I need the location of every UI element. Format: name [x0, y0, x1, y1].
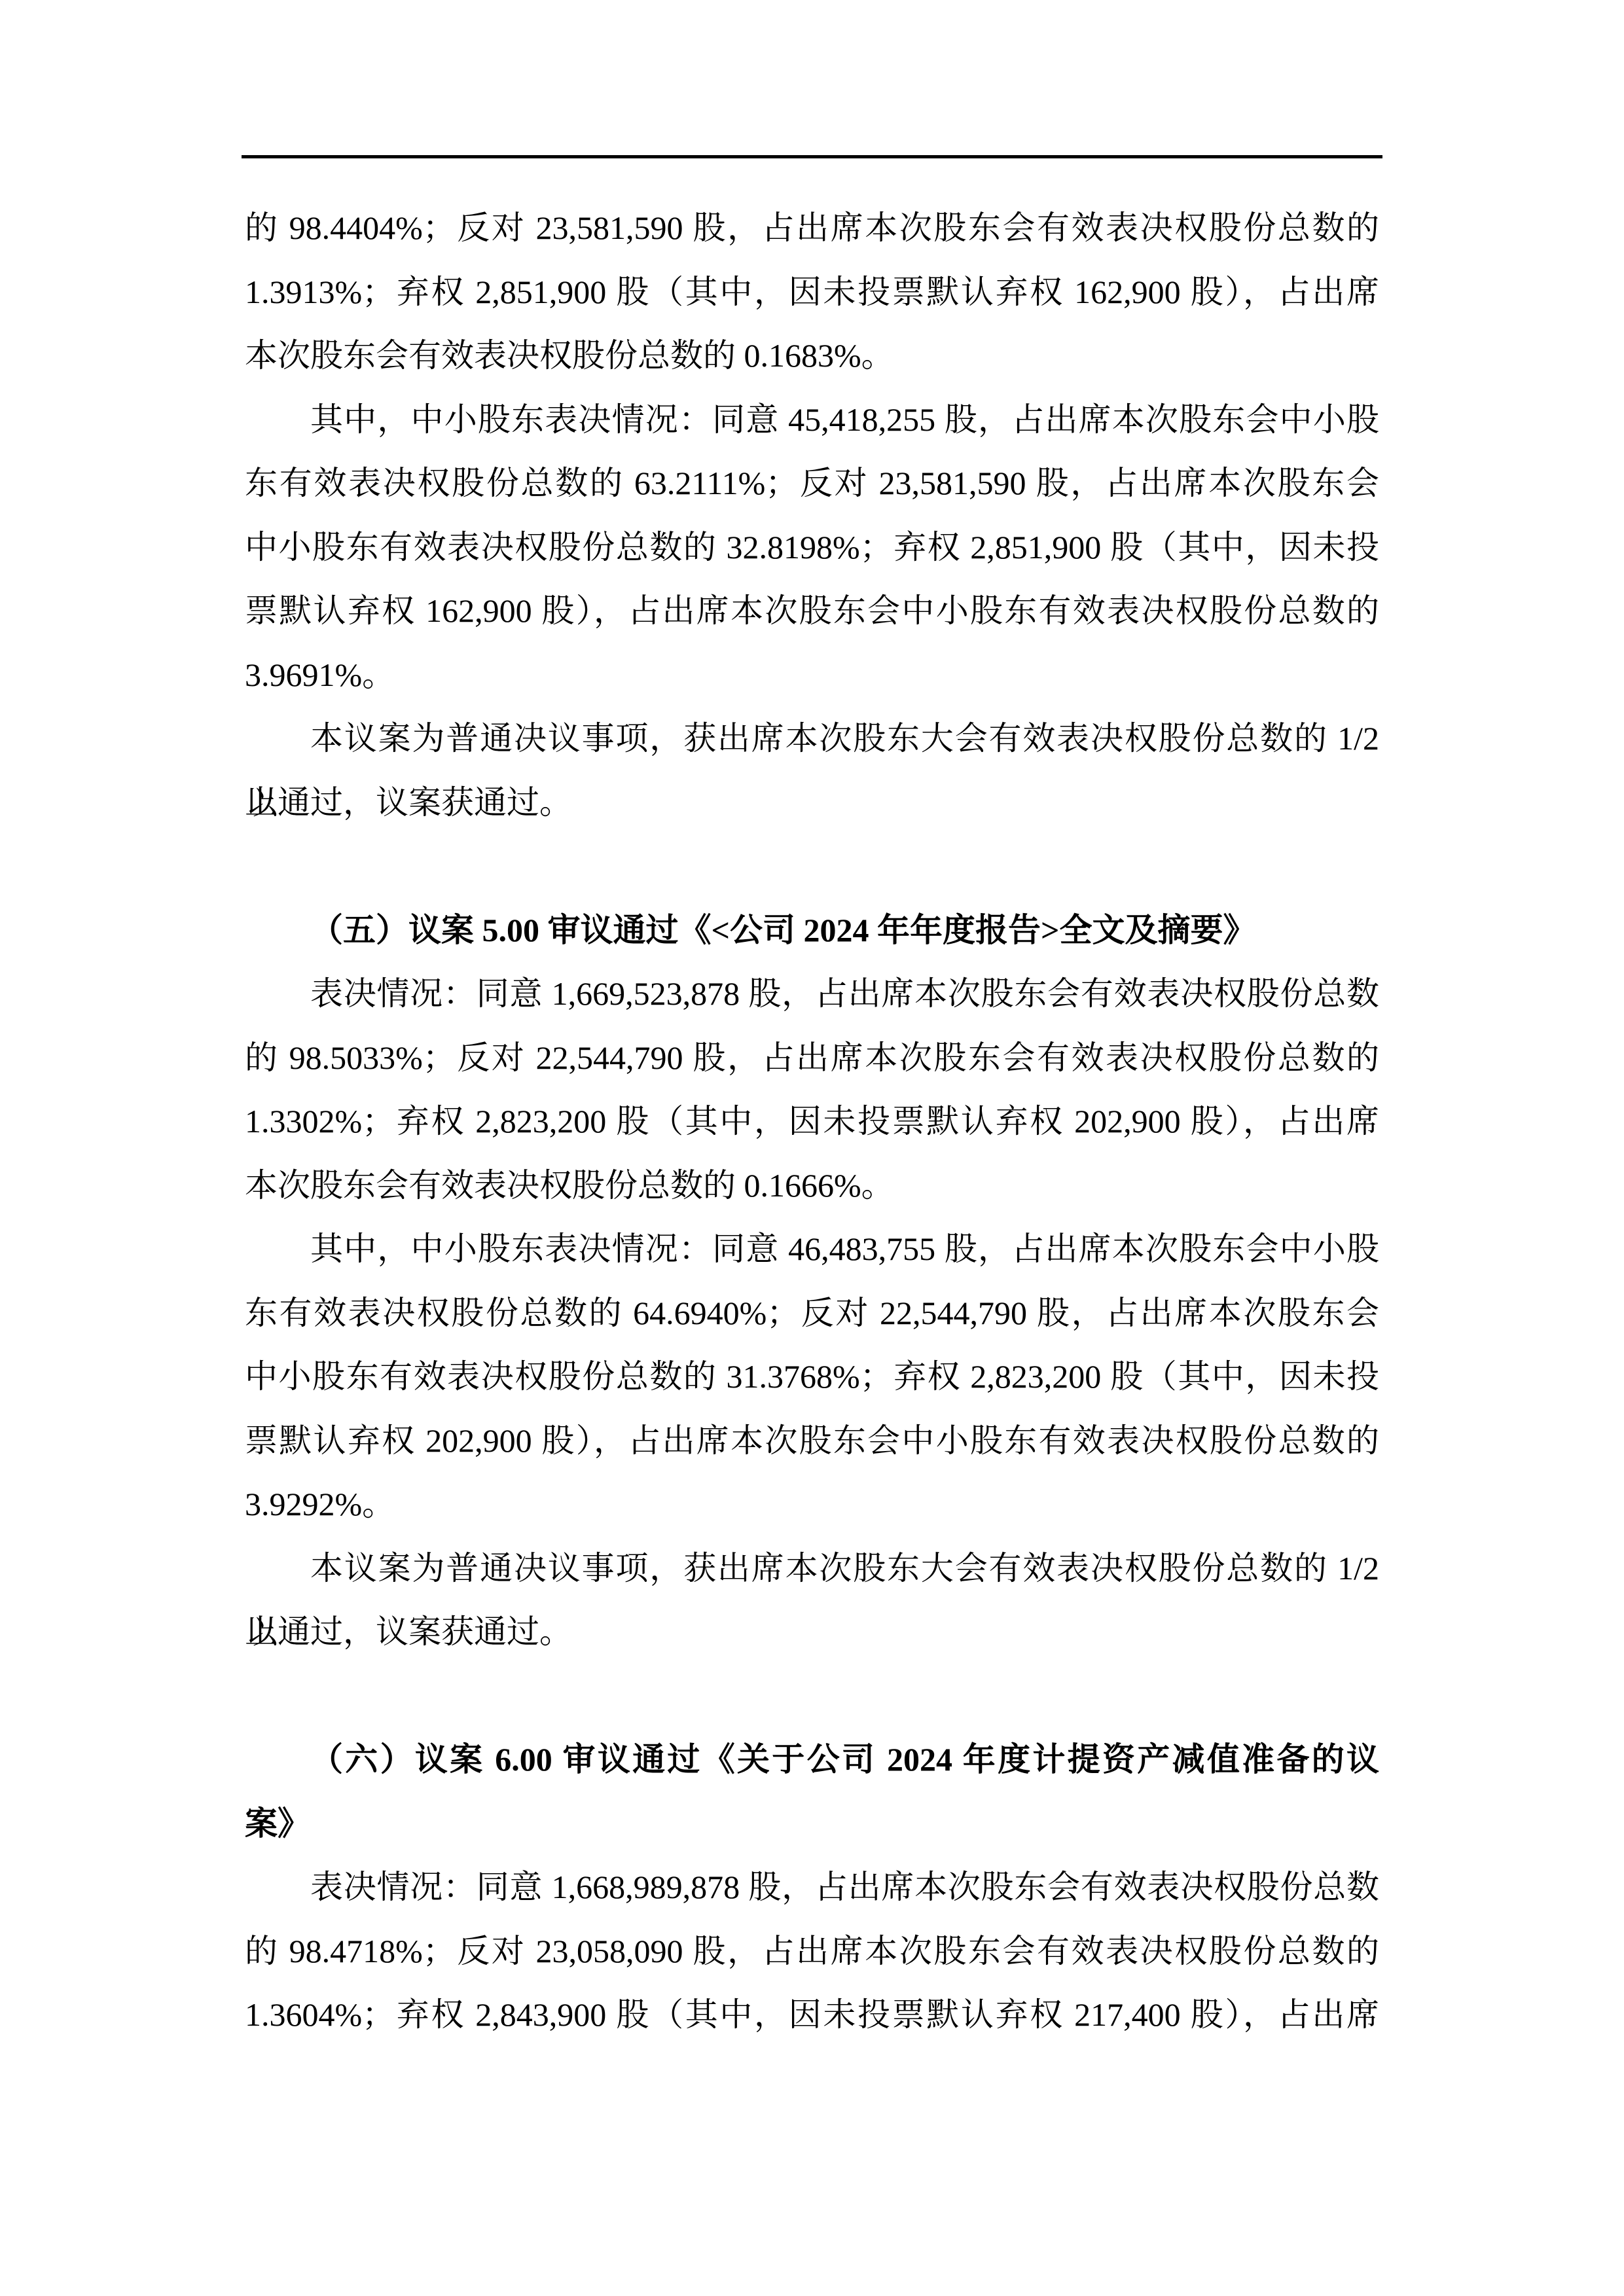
text-line: 表决情况：同意 1,669,523,878 股，占出席本次股东会有效表决权股份总…	[245, 962, 1379, 1026]
paragraph-resolution: 本议案为普通决议事项，获出席本次股东大会有效表决权股份总数的 1/2 以 上通过…	[245, 707, 1379, 834]
text-line: 的 98.5033%；反对 22,544,790 股，占出席本次股东会有效表决权…	[245, 1026, 1379, 1090]
text-line: 1.3913%；弃权 2,851,900 股（其中，因未投票默认弃权 162,9…	[245, 260, 1379, 325]
text-line: 表决情况：同意 1,668,989,878 股，占出席本次股东会有效表决权股份总…	[245, 1856, 1379, 1920]
text-line: 本议案为普通决议事项，获出席本次股东大会有效表决权股份总数的 1/2 以	[245, 707, 1379, 771]
text-line: 其中，中小股东表决情况：同意 46,483,755 股，占出席本次股东会中小股	[245, 1217, 1379, 1282]
text-line: 3.9691%。	[245, 643, 1379, 708]
paragraph-continued: 的 98.4404%；反对 23,581,590 股，占出席本次股东会有效表决权…	[245, 196, 1379, 388]
header-rule	[242, 155, 1382, 158]
blank-line	[245, 1664, 1379, 1729]
paragraph-minority-vote: 其中，中小股东表决情况：同意 45,418,255 股，占出席本次股东会中小股 …	[245, 388, 1379, 708]
paragraph-minority-vote: 其中，中小股东表决情况：同意 46,483,755 股，占出席本次股东会中小股 …	[245, 1217, 1379, 1537]
text-line: 3.9292%。	[245, 1473, 1379, 1537]
text-line: 本次股东会有效表决权股份总数的 0.1683%。	[245, 324, 1379, 388]
heading-line: （六）议案 6.00 审议通过《关于公司 2024 年度计提资产减值准备的议	[245, 1728, 1379, 1792]
paragraph-vote-result: 表决情况：同意 1,669,523,878 股，占出席本次股东会有效表决权股份总…	[245, 962, 1379, 1217]
section-heading-6: （六）议案 6.00 审议通过《关于公司 2024 年度计提资产减值准备的议 案…	[245, 1728, 1379, 1856]
text-line: 1.3604%；弃权 2,843,900 股（其中，因未投票默认弃权 217,4…	[245, 1983, 1379, 2047]
section-heading-5: （五）议案 5.00 审议通过《<公司 2024 年年度报告>全文及摘要》	[245, 899, 1379, 963]
heading-line: 案》	[245, 1792, 1379, 1856]
heading-line: （五）议案 5.00 审议通过《<公司 2024 年年度报告>全文及摘要》	[245, 899, 1379, 963]
text-line: 1.3302%；弃权 2,823,200 股（其中，因未投票默认弃权 202,9…	[245, 1090, 1379, 1154]
paragraph-resolution: 本议案为普通决议事项，获出席本次股东大会有效表决权股份总数的 1/2 以 上通过…	[245, 1537, 1379, 1664]
document-body: 的 98.4404%；反对 23,581,590 股，占出席本次股东会有效表决权…	[245, 196, 1379, 2047]
text-line: 其中，中小股东表决情况：同意 45,418,255 股，占出席本次股东会中小股	[245, 388, 1379, 452]
text-line: 票默认弃权 202,900 股），占出席本次股东会中小股东有效表决权股份总数的	[245, 1409, 1379, 1473]
text-line: 东有效表决权股份总数的 64.6940%；反对 22,544,790 股，占出席…	[245, 1282, 1379, 1346]
text-line: 票默认弃权 162,900 股），占出席本次股东会中小股东有效表决权股份总数的	[245, 579, 1379, 643]
document-page: 的 98.4404%；反对 23,581,590 股，占出席本次股东会有效表决权…	[0, 0, 1624, 2296]
text-line: 本次股东会有效表决权股份总数的 0.1666%。	[245, 1154, 1379, 1218]
text-line: 的 98.4404%；反对 23,581,590 股，占出席本次股东会有效表决权…	[245, 196, 1379, 260]
paragraph-vote-result: 表决情况：同意 1,668,989,878 股，占出席本次股东会有效表决权股份总…	[245, 1856, 1379, 2047]
text-line: 的 98.4718%；反对 23,058,090 股，占出席本次股东会有效表决权…	[245, 1920, 1379, 1984]
blank-line	[245, 834, 1379, 899]
text-line: 本议案为普通决议事项，获出席本次股东大会有效表决权股份总数的 1/2 以	[245, 1537, 1379, 1601]
text-line: 中小股东有效表决权股份总数的 32.8198%；弃权 2,851,900 股（其…	[245, 516, 1379, 580]
text-line: 上通过，议案获通过。	[245, 1600, 1379, 1664]
text-line: 中小股东有效表决权股份总数的 31.3768%；弃权 2,823,200 股（其…	[245, 1345, 1379, 1409]
text-line: 东有效表决权股份总数的 63.2111%；反对 23,581,590 股，占出席…	[245, 452, 1379, 516]
text-line: 上通过，议案获通过。	[245, 771, 1379, 835]
